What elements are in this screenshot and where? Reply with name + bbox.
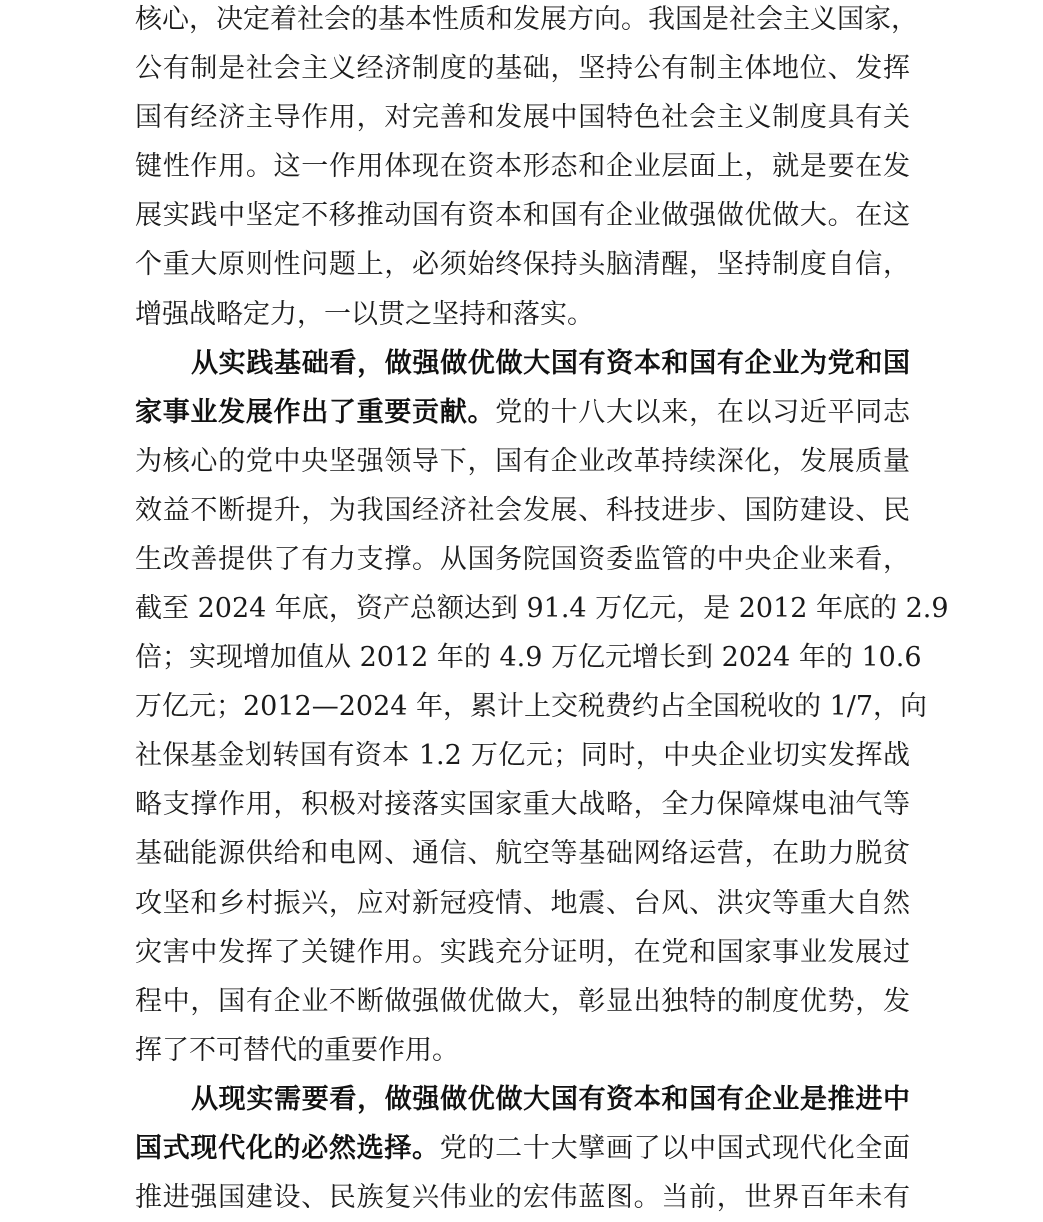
- text-line: 倍；实现增加值从 2012 年的 4.9 万亿元增长到 2024 年的 10.6: [135, 638, 910, 678]
- text-line: 程中，国有企业不断做强做优做大，彰显出独特的制度优势，发: [135, 982, 910, 1022]
- bold-lead-sentence: 家事业发展作出了重要贡献。: [135, 397, 495, 428]
- text-line: 公有制是社会主义经济制度的基础，坚持公有制主体地位、发挥: [135, 49, 910, 89]
- line-text: 展实践中坚定不移推动国有资本和国有企业做强做优做大。在这: [135, 200, 910, 231]
- line-text: 攻坚和乡村振兴，应对新冠疫情、地震、台风、洪灾等重大自然: [135, 888, 910, 919]
- line-text: 键性作用。这一作用体现在资本形态和企业层面上，就是要在发: [135, 151, 910, 182]
- line-text: 灾害中发挥了关键作用。实践充分证明，在党和国家事业发展过: [135, 937, 910, 968]
- text-line: 截至 2024 年底，资产总额达到 91.4 万亿元，是 2012 年底的 2.…: [135, 589, 910, 629]
- line-text: 为核心的党中央坚强领导下，国有企业改革持续深化，发展质量: [135, 446, 910, 477]
- line-text: 党的二十大擘画了以中国式现代化全面: [440, 1133, 910, 1164]
- paragraph-heading-line: 从现实需要看，做强做优做大国有资本和国有企业是推进中: [191, 1080, 910, 1120]
- text-line: 万亿元；2012—2024 年，累计上交税费约占全国税收的 1/7，向: [135, 687, 910, 727]
- paragraph-heading-line: 从实践基础看，做强做优做大国有资本和国有企业为党和国: [191, 344, 910, 384]
- line-text: 挥了不可替代的重要作用。: [135, 1035, 459, 1066]
- line-text: 倍；实现增加值从 2012 年的 4.9 万亿元增长到 2024 年的 10.6: [135, 642, 922, 673]
- line-text: 个重大原则性问题上，必须始终保持头脑清醒，坚持制度自信，: [135, 249, 910, 280]
- line-text: 核心，决定着社会的基本性质和发展方向。我国是社会主义国家，: [135, 4, 918, 35]
- bold-lead-sentence: 从现实需要看，做强做优做大国有资本和国有企业是推进中: [191, 1084, 910, 1115]
- text-line: 为核心的党中央坚强领导下，国有企业改革持续深化，发展质量: [135, 442, 910, 482]
- line-text: 国有经济主导作用，对完善和发展中国特色社会主义制度具有关: [135, 102, 910, 133]
- bold-lead-sentence: 从实践基础看，做强做优做大国有资本和国有企业为党和国: [191, 348, 910, 379]
- text-line: 基础能源供给和电网、通信、航空等基础网络运营，在助力脱贫: [135, 834, 910, 874]
- line-text: 效益不断提升，为我国经济社会发展、科技进步、国防建设、民: [135, 495, 910, 526]
- text-line: 展实践中坚定不移推动国有资本和国有企业做强做优做大。在这: [135, 196, 910, 236]
- line-text: 略支撑作用，积极对接落实国家重大战略，全力保障煤电油气等: [135, 789, 910, 820]
- text-line: 生改善提供了有力支撑。从国务院国资委监管的中央企业来看，: [135, 540, 910, 580]
- text-line: 国有经济主导作用，对完善和发展中国特色社会主义制度具有关: [135, 98, 910, 138]
- text-line: 挥了不可替代的重要作用。: [135, 1031, 910, 1071]
- text-line: 国式现代化的必然选择。党的二十大擘画了以中国式现代化全面: [135, 1129, 910, 1169]
- text-line: 推进强国建设、民族复兴伟业的宏伟蓝图。当前，世界百年未有: [135, 1178, 910, 1218]
- text-line: 灾害中发挥了关键作用。实践充分证明，在党和国家事业发展过: [135, 933, 910, 973]
- line-text: 社保基金划转国有资本 1.2 万亿元；同时，中央企业切实发挥战: [135, 740, 910, 771]
- text-line: 键性作用。这一作用体现在资本形态和企业层面上，就是要在发: [135, 147, 910, 187]
- line-text: 程中，国有企业不断做强做优做大，彰显出独特的制度优势，发: [135, 986, 910, 1017]
- line-text: 基础能源供给和电网、通信、航空等基础网络运营，在助力脱贫: [135, 838, 910, 869]
- text-line: 略支撑作用，积极对接落实国家重大战略，全力保障煤电油气等: [135, 785, 910, 825]
- text-line: 攻坚和乡村振兴，应对新冠疫情、地震、台风、洪灾等重大自然: [135, 884, 910, 924]
- text-line: 个重大原则性问题上，必须始终保持头脑清醒，坚持制度自信，: [135, 245, 910, 285]
- line-text: 截至 2024 年底，资产总额达到 91.4 万亿元，是 2012 年底的 2.…: [135, 593, 949, 624]
- bold-lead-sentence: 国式现代化的必然选择。: [135, 1133, 440, 1164]
- text-line: 家事业发展作出了重要贡献。党的十八大以来，在以习近平同志: [135, 393, 910, 433]
- line-text: 党的十八大以来，在以习近平同志: [495, 397, 910, 428]
- text-line: 效益不断提升，为我国经济社会发展、科技进步、国防建设、民: [135, 491, 910, 531]
- line-text: 推进强国建设、民族复兴伟业的宏伟蓝图。当前，世界百年未有: [135, 1182, 910, 1213]
- text-line: 增强战略定力，一以贯之坚持和落实。: [135, 295, 910, 335]
- text-line: 核心，决定着社会的基本性质和发展方向。我国是社会主义国家，: [135, 0, 910, 40]
- line-text: 生改善提供了有力支撑。从国务院国资委监管的中央企业来看，: [135, 544, 910, 575]
- text-line: 社保基金划转国有资本 1.2 万亿元；同时，中央企业切实发挥战: [135, 736, 910, 776]
- line-text: 增强战略定力，一以贯之坚持和落实。: [135, 299, 594, 330]
- line-text: 万亿元；2012—2024 年，累计上交税费约占全国税收的 1/7，向: [135, 691, 927, 722]
- line-text: 公有制是社会主义经济制度的基础，坚持公有制主体地位、发挥: [135, 53, 910, 84]
